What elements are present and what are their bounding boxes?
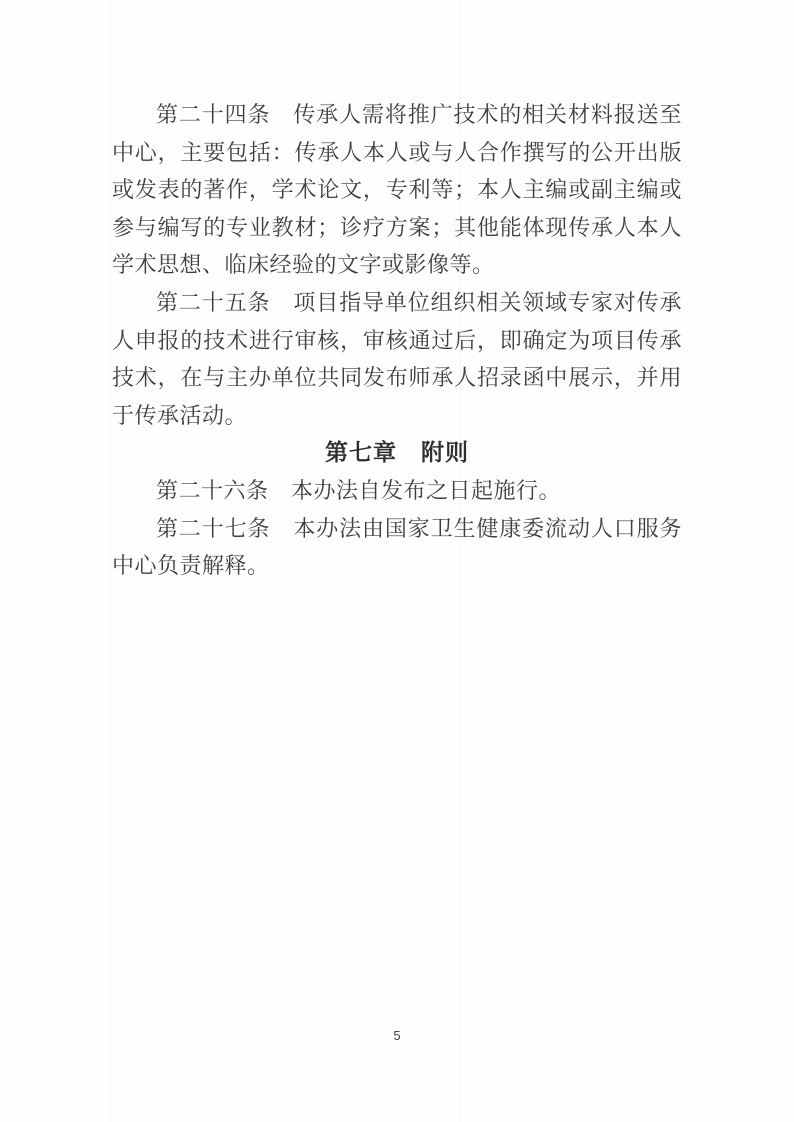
article-24-paragraph: 第二十四条 传承人需将推广技术的相关材料报送至中心，主要包括：传承人本人或与人合… [112,96,682,284]
document-page: 第二十四条 传承人需将推广技术的相关材料报送至中心，主要包括：传承人本人或与人合… [0,0,794,1122]
document-body: 第二十四条 传承人需将推广技术的相关材料报送至中心，主要包括：传承人本人或与人合… [112,96,682,585]
scan-artifact-line [110,0,111,1122]
chapter-7-heading: 第七章 附则 [112,434,682,472]
article-27-paragraph: 第二十七条 本办法由国家卫生健康委流动人口服务中心负责解释。 [112,510,682,585]
page-number: 5 [0,1028,794,1043]
article-26-paragraph: 第二十六条 本办法自发布之日起施行。 [112,472,682,510]
article-25-paragraph: 第二十五条 项目指导单位组织相关领域专家对传承人申报的技术进行审核，审核通过后，… [112,284,682,434]
